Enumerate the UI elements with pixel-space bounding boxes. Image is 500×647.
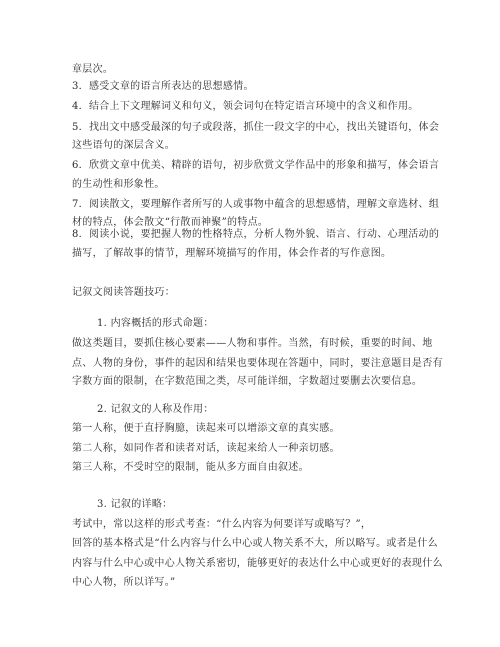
text-line-continuation: 章层次。: [72, 63, 113, 77]
subheading-2: 2. 记叙文的人称及作用：: [97, 403, 214, 417]
list-item-8-cont: 描写，了解故事的情节，理解环境描写的作用，体会作者的写作意图。: [72, 247, 391, 261]
list-item-7: 7．阅读散文，要理解作者所写的人或事物中蕴含的思想感情，理解文章选材、组: [72, 198, 439, 212]
list-item-6-cont: 的生动性和形象性。: [72, 178, 165, 192]
third-person-line: 第三人称，不受时空的限制，能从多方面自由叙述。: [72, 461, 309, 475]
subheading-3: 3. 记叙的详略：: [97, 498, 172, 512]
document-page: 章层次。 3．感受文章的语言所表达的思想感情。 4．结合上下文理解词义和句义，领…: [0, 0, 500, 647]
list-item-5: 5．找出文中感受最深的句子或段落，抓住一段文字的中心，找出关键语句，体会: [72, 121, 439, 135]
paragraph-3-line-3: 内容与什么中心或中心人物关系密切，能够更好的表达什么中心或更好的表现什么: [72, 557, 443, 571]
section-heading: 记叙文阅读答题技巧：: [72, 286, 175, 300]
list-item-5-cont: 这些语句的深层含义。: [72, 139, 175, 153]
first-person-line: 第一人称，便于直抒胸臆，读起来可以增添文章的真实感。: [72, 422, 340, 436]
list-item-6: 6．欣赏文章中优美、精辟的语句，初步欣赏文学作品中的形象和描写，体会语言: [72, 159, 439, 173]
paragraph-3-line-1: 考试中，常以这样的形式考查：“什么内容为何要详写或略写？”，: [72, 518, 371, 532]
list-item-4: 4．结合上下文理解词义和句义，领会词句在特定语言环境中的含义和作用。: [72, 100, 419, 114]
list-item-8: 8．阅读小说，要把握人物的性格特点，分析人物外貌、语言、行动、心理活动的: [72, 228, 439, 242]
paragraph-3-line-2: 回答的基本格式是“什么内容与什么中心或人物关系不大，所以略写。或者是什么: [72, 537, 438, 551]
paragraph-1-line-3: 字数方面的限制，在字数范围之类，尽可能详细，字数超过要删去次要信息。: [72, 375, 422, 389]
paragraph-3-line-4: 中心人物，所以详写。”: [72, 576, 175, 590]
second-person-line: 第二人称，如同作者和读者对话，读起来给人一种亲切感。: [72, 442, 340, 456]
paragraph-1-line-2: 点、人物的身份，事件的起因和结果也要体现在答题中，同时，要注意题目是否有: [72, 357, 443, 371]
list-item-3: 3．感受文章的语言所表达的思想感情。: [72, 80, 254, 94]
subheading-1: 1. 内容概括的形式命题：: [97, 317, 214, 331]
paragraph-1-line-1: 做这类题目，要抓住核心要素——人物和事件。当然，有时候，重要的时间、地: [72, 337, 433, 351]
